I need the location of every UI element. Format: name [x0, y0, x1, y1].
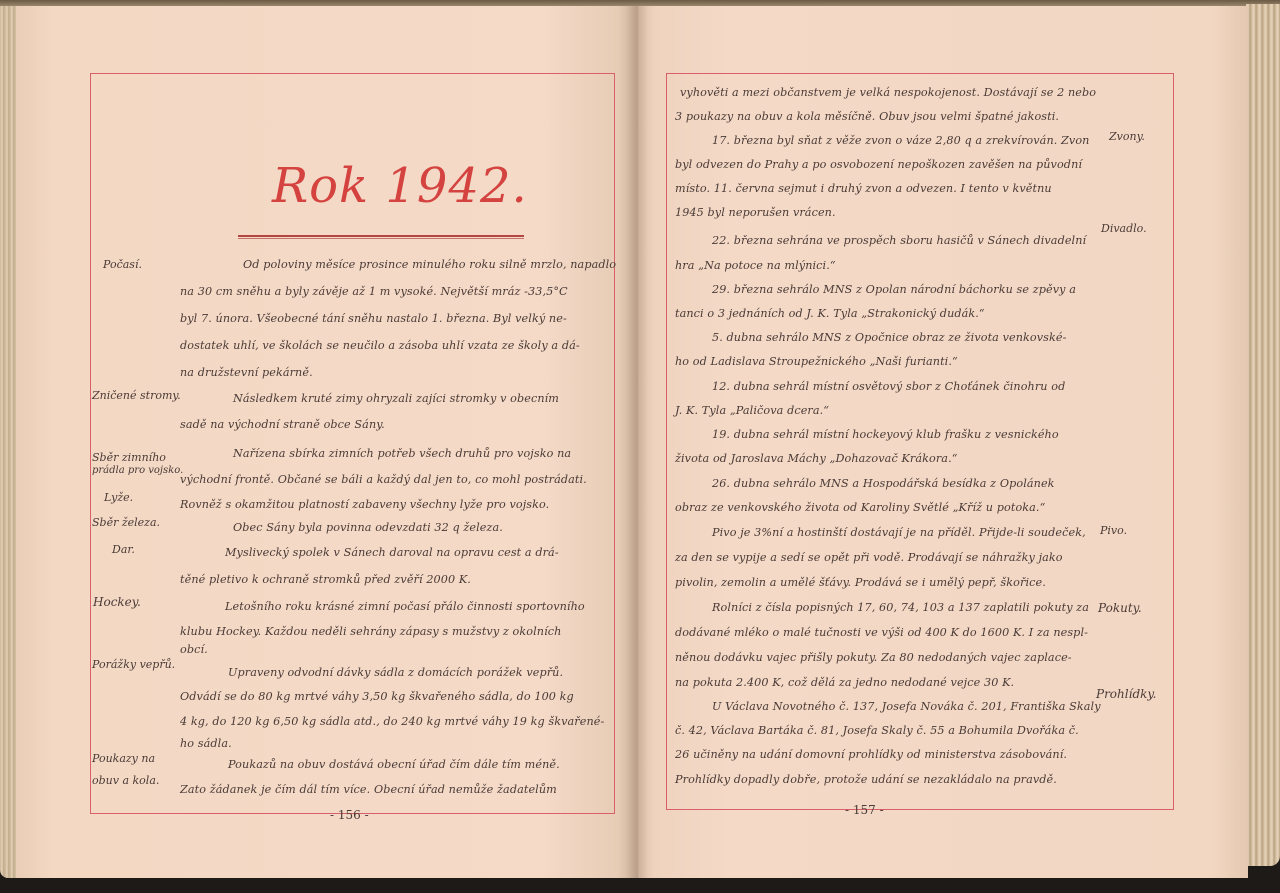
margin-note: Hockey. — [93, 595, 141, 609]
text-line: byl 7. února. Všeobecné tání sněhu nasta… — [180, 312, 567, 325]
text-line: Od poloviny měsíce prosince minulého rok… — [243, 258, 616, 271]
text-line: 19. dubna sehrál místní hockeyový klub f… — [712, 428, 1059, 441]
text-line: na družstevní pekárně. — [180, 366, 313, 379]
title-underline — [238, 235, 524, 237]
text-line: 5. dubna sehrálo MNS z Opočnice obraz ze… — [712, 331, 1067, 344]
margin-note: Divadlo. — [1101, 222, 1147, 235]
text-line: hra „Na potoce na mlýnici.“ — [675, 259, 836, 272]
text-line: pivolin, zemolin a umělé šťávy. Prodává … — [675, 576, 1046, 589]
text-line: 26 učiněny na udání domovní prohlídky od… — [675, 748, 1067, 761]
text-line: Poukazů na obuv dostává obecní úřad čím … — [228, 758, 560, 771]
text-line: východní frontě. Občané se báli a každý … — [180, 473, 587, 486]
open-book: Rok 1942. Počasí. Zničené stromy. Sběr z… — [0, 0, 1280, 893]
text-line: Myslivecký spolek v Sánech daroval na op… — [225, 546, 559, 559]
text-line: J. K. Tyla „Paličova dcera.“ — [675, 404, 829, 417]
text-line: obcí. — [180, 643, 208, 656]
text-line: za den se vypije a sedí se opět při vodě… — [675, 551, 1063, 564]
right-page-edges — [1246, 4, 1280, 866]
text-line: 29. března sehrálo MNS z Opolan národní … — [712, 283, 1076, 296]
margin-note: Počasí. — [103, 258, 142, 271]
text-line: Nařízena sbírka zimních potřeb všech dru… — [233, 447, 571, 460]
title-underline — [238, 238, 524, 239]
page-number: - 157 - — [845, 803, 884, 817]
text-line: na 30 cm sněhu a byly závěje až 1 m vyso… — [180, 285, 568, 298]
margin-note: Poukazy na — [92, 752, 155, 765]
text-line: Odvádí se do 80 kg mrtvé váhy 3,50 kg šk… — [180, 690, 574, 703]
margin-note: Sběr železa. — [92, 516, 160, 529]
margin-note: Lyže. — [104, 491, 133, 504]
text-line: byl odvezen do Prahy a po osvobození nep… — [675, 158, 1082, 171]
text-line: U Václava Novotného č. 137, Josefa Novák… — [712, 700, 1101, 713]
margin-note: obuv a kola. — [92, 774, 159, 787]
margin-note: Dar. — [112, 543, 135, 556]
margin-note: Pokuty. — [1098, 601, 1142, 615]
text-line: Rolníci z čísla popisných 17, 60, 74, 10… — [712, 601, 1089, 614]
margin-note: Sběr zimního — [92, 451, 166, 464]
text-line: č. 42, Václava Bartáka č. 81, Josefa Ska… — [675, 724, 1079, 737]
text-line: Obec Sány byla povinna odevzdati 32 q že… — [233, 521, 503, 534]
text-line: Letošního roku krásné zimní počasí přálo… — [225, 600, 585, 613]
text-line: 22. března sehrána ve prospěch sboru has… — [712, 234, 1086, 247]
text-line: na pokuta 2.400 K, což dělá za jedno ned… — [675, 676, 1014, 689]
text-line: 4 kg, do 120 kg 6,50 kg sádla atd., do 2… — [180, 715, 604, 728]
text-line: 26. dubna sehrálo MNS a Hospodářská besí… — [712, 477, 1055, 490]
text-line: 3 poukazy na obuv a kola měsíčně. Obuv j… — [675, 110, 1059, 123]
text-line: 12. dubna sehrál místní osvětový sbor z … — [712, 380, 1065, 393]
text-line: Zato žádanek je čím dál tím více. Obecní… — [180, 783, 557, 796]
text-line: života od Jaroslava Máchy „Dohazovač Krá… — [675, 452, 958, 465]
text-line: ho sádla. — [180, 737, 232, 750]
book-gutter — [626, 6, 648, 882]
text-line: těné pletivo k ochraně stromků před zvěř… — [180, 573, 471, 586]
text-line: dodávané mléko o malé tučnosti ve výši o… — [675, 626, 1088, 639]
text-line: obraz ze venkovského života od Karoliny … — [675, 501, 1045, 514]
background-surface — [0, 878, 1280, 893]
text-line: místo. 11. června sejmut i druhý zvon a … — [675, 182, 1052, 195]
margin-note: Pivo. — [1100, 524, 1127, 537]
text-line: Následkem kruté zimy ohryzali zajíci str… — [233, 392, 559, 405]
margin-note: Zničené stromy. — [92, 389, 181, 402]
page-title: Rok 1942. — [272, 158, 528, 214]
text-line: něnou dodávku vajec přišly pokuty. Za 80… — [675, 651, 1072, 664]
margin-note: Prohlídky. — [1096, 687, 1156, 701]
margin-note: Porážky vepřů. — [92, 658, 175, 671]
text-line: Prohlídky dopadly dobře, protože udání s… — [675, 773, 1057, 786]
text-line: sadě na východní straně obce Sány. — [180, 418, 385, 431]
margin-note: Zvony. — [1109, 130, 1145, 143]
text-line: Rovněž s okamžitou platností zabaveny vš… — [180, 498, 549, 511]
margin-note: prádla pro vojsko. — [92, 465, 183, 476]
text-line: klubu Hockey. Každou neděli sehrány zápa… — [180, 625, 561, 638]
text-line: dostatek uhlí, ve školách se neučilo a z… — [180, 339, 580, 352]
page-number: - 156 - — [330, 808, 369, 822]
text-line: 1945 byl neporušen vrácen. — [675, 206, 836, 219]
text-line: Upraveny odvodní dávky sádla z domácích … — [228, 666, 563, 679]
text-line: tanci o 3 jednáních od J. K. Tyla „Strak… — [675, 307, 985, 320]
text-line: Pivo je 3%ní a hostinští dostávají je na… — [712, 526, 1086, 539]
text-line: ho od Ladislava Stroupežnického „Naši fu… — [675, 355, 958, 368]
text-line: 17. března byl sňat z věže zvon o váze 2… — [712, 134, 1090, 147]
text-line: vyhověti a mezi občanstvem je velká nesp… — [680, 86, 1096, 99]
